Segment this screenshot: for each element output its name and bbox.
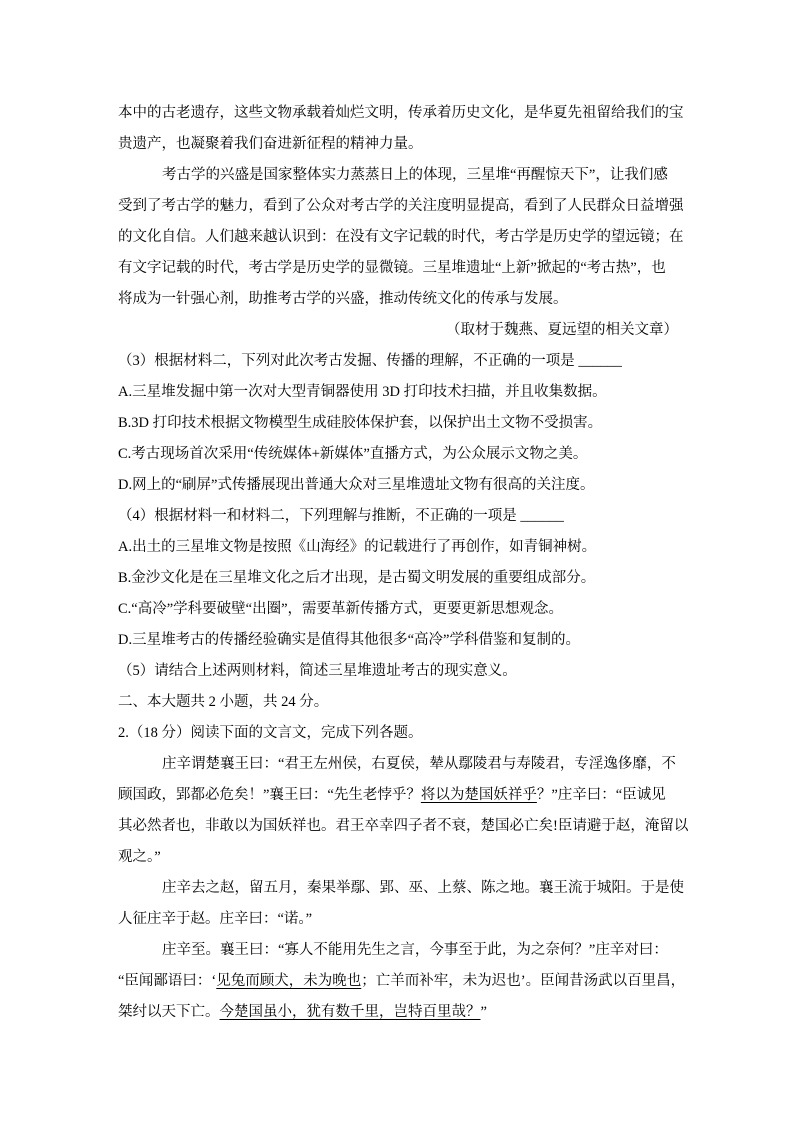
answer-blank: ______ xyxy=(520,508,564,524)
text-line: C.“高冷”学科要破壁“出圈”，需要革新传播方式，更要更新思想观念。 xyxy=(118,594,678,625)
answer-blank: ______ xyxy=(578,353,622,369)
text-segment: B.金沙文化是在三星堆文化之后才出现，是古蜀文明发展的重要组成部分。 xyxy=(118,570,595,586)
text-line: B.金沙文化是在三星堆文化之后才出现，是古蜀文明发展的重要组成部分。 xyxy=(118,563,678,594)
text-line: “臣闻鄙语曰：‘见兔而顾犬，未为晚也；亡羊而补牢，未为迟也’。臣闻昔汤武以百里昌… xyxy=(118,966,678,997)
text-line: C.考古现场首次采用“传统媒体+新媒体”直播方式，为公众展示文物之美。 xyxy=(118,439,678,470)
text-line: （5）请结合上述两则材料，简述三星堆遗址考古的现实意义。 xyxy=(118,656,678,687)
text-segment: 人征庄辛于赵。庄辛曰：“诺。” xyxy=(118,911,312,927)
text-segment: 其必然者也，非敢以为国妖祥也。君王卒幸四子者不衰，楚国必亡矣!臣请避于赵，淹留以 xyxy=(118,818,688,834)
text-line: 有文字记载的时代，考古学是历史学的显微镜。三星堆遗址“上新”掀起的“考古热”，也 xyxy=(118,253,678,284)
text-segment: A.出土的三星堆文物是按照《山海经》的记载进行了再创作，如青铜神树。 xyxy=(118,539,596,555)
text-segment: 庄辛去之赵，留五月，秦果举鄢、郢、巫、上蔡、陈之地。襄王流于城阳。于是使 xyxy=(162,880,684,896)
text-line: 的文化自信。人们越来越认识到：在没有文字记载的时代，考古学是历史学的望远镜；在 xyxy=(118,222,678,253)
text-line: 庄辛谓楚襄王曰：“君王左州侯，右夏侯，辇从鄢陵君与寿陵君，专淫逸侈靡，不 xyxy=(118,749,678,780)
text-line: A.出土的三星堆文物是按照《山海经》的记载进行了再创作，如青铜神树。 xyxy=(118,532,678,563)
text-segment: ；亡羊而补牢，未为迟也’。臣闻昔汤武以百里昌， xyxy=(361,973,685,989)
text-segment: 本中的古老遗存，这些文物承载着灿烂文明，传承着历史文化，是华夏先祖留给我们的宝 xyxy=(118,105,684,121)
text-line: （取材于魏燕、夏远望的相关文章） xyxy=(118,315,678,346)
exam-document-page: 本中的古老遗存，这些文物承载着灿烂文明，传承着历史文化，是华夏先祖留给我们的宝贵… xyxy=(0,0,794,1123)
text-segment: 观之。” xyxy=(118,849,161,865)
underlined-text-segment: 见兔而顾犬，未为晚也 xyxy=(216,973,361,989)
text-line: 受到了考古学的魅力，看到了公众对考古学的关注度明显提高，看到了人民群众日益增强 xyxy=(118,191,678,222)
text-segment: 庄辛至。襄王曰：“寡人不能用先生之言，今事至于此，为之奈何？”庄辛对曰： xyxy=(162,942,668,958)
text-segment: 考古学的兴盛是国家整体实力蒸蒸日上的体现，三星堆“再醒惊天下”，让我们感 xyxy=(162,167,668,183)
text-line: 考古学的兴盛是国家整体实力蒸蒸日上的体现，三星堆“再醒惊天下”，让我们感 xyxy=(118,160,678,191)
text-segment: 的文化自信。人们越来越认识到：在没有文字记载的时代，考古学是历史学的望远镜；在 xyxy=(118,229,684,245)
text-line: （4）根据材料一和材料二，下列理解与推断，不正确的一项是 ______ xyxy=(118,501,678,532)
text-line: 2.（18 分）阅读下面的文言文，完成下列各题。 xyxy=(118,718,678,749)
text-line: D.网上的“刷屏”式传播展现出普通大众对三星堆遗址文物有很高的关注度。 xyxy=(118,470,678,501)
text-line: 观之。” xyxy=(118,842,678,873)
text-segment: （取材于魏燕、夏远望的相关文章） xyxy=(446,322,678,338)
text-segment: 顾国政，郢都必危矣！”襄王曰：“先生老悖乎？ xyxy=(118,787,421,803)
text-segment: （5）请结合上述两则材料，简述三星堆遗址考古的现实意义。 xyxy=(118,663,517,679)
underlined-text-segment: 今楚国虽小，犹有数千里，岂特百里哉？ xyxy=(220,1004,481,1020)
text-line: 贵遗产，也凝聚着我们奋进新征程的精神力量。 xyxy=(118,129,678,160)
text-line: （3）根据材料二，下列对此次考古发掘、传播的理解，不正确的一项是 ______ xyxy=(118,346,678,377)
document-text-block: 本中的古老遗存，这些文物承载着灿烂文明，传承着历史文化，是华夏先祖留给我们的宝贵… xyxy=(118,98,678,1028)
text-line: 本中的古老遗存，这些文物承载着灿烂文明，传承着历史文化，是华夏先祖留给我们的宝 xyxy=(118,98,678,129)
text-segment: 将成为一针强心剂，助推考古学的兴盛，推动传统文化的传承与发展。 xyxy=(118,291,568,307)
text-segment: 受到了考古学的魅力，看到了公众对考古学的关注度明显提高，看到了人民群众日益增强 xyxy=(118,198,684,214)
text-line: B.3D 打印技术根据文物模型生成硅胶体保护套，以保护出土文物不受损害。 xyxy=(118,408,678,439)
underlined-text-segment: 将以为楚国妖祥乎 xyxy=(421,787,537,803)
text-segment: 贵遗产，也凝聚着我们奋进新征程的精神力量。 xyxy=(118,136,423,152)
text-line: 庄辛去之赵，留五月，秦果举鄢、郢、巫、上蔡、陈之地。襄王流于城阳。于是使 xyxy=(118,873,678,904)
text-segment: ” xyxy=(481,1004,487,1020)
text-line: 桀纣以天下亡。今楚国虽小，犹有数千里，岂特百里哉？” xyxy=(118,997,678,1028)
text-segment: A.三星堆发掘中第一次对大型青铜器使用 3D 打印技术扫描，并且收集数据。 xyxy=(118,384,607,400)
text-segment: （4）根据材料一和材料二，下列理解与推断，不正确的一项是 xyxy=(118,508,520,524)
text-line: A.三星堆发掘中第一次对大型青铜器使用 3D 打印技术扫描，并且收集数据。 xyxy=(118,377,678,408)
text-segment: 2.（18 分）阅读下面的文言文，完成下列各题。 xyxy=(118,725,423,741)
text-segment: C.“高冷”学科要破壁“出圈”，需要革新传播方式，更要更新思想观念。 xyxy=(118,601,563,617)
text-line: 其必然者也，非敢以为国妖祥也。君王卒幸四子者不衰，楚国必亡矣!臣请避于赵，淹留以 xyxy=(118,811,678,842)
text-segment: B.3D 打印技术根据文物模型生成硅胶体保护套，以保护出土文物不受损害。 xyxy=(118,415,602,431)
text-line: 庄辛至。襄王曰：“寡人不能用先生之言，今事至于此，为之奈何？”庄辛对曰： xyxy=(118,935,678,966)
text-line: 顾国政，郢都必危矣！”襄王曰：“先生老悖乎？将以为楚国妖祥乎？”庄辛曰：“臣诚见 xyxy=(118,780,678,811)
text-line: 将成为一针强心剂，助推考古学的兴盛，推动传统文化的传承与发展。 xyxy=(118,284,678,315)
text-segment: ？”庄辛曰：“臣诚见 xyxy=(537,787,666,803)
text-segment: D.网上的“刷屏”式传播展现出普通大众对三星堆遗址文物有很高的关注度。 xyxy=(118,477,594,493)
text-segment: 桀纣以天下亡。 xyxy=(118,1004,220,1020)
text-line: D.三星堆考古的传播经验确实是值得其他很多“高冷”学科借鉴和复制的。 xyxy=(118,625,678,656)
text-segment: 有文字记载的时代，考古学是历史学的显微镜。三星堆遗址“上新”掀起的“考古热”，也 xyxy=(118,260,666,276)
text-segment: 二、本大题共 2 小题，共 24 分。 xyxy=(118,694,328,710)
text-segment: C.考古现场首次采用“传统媒体+新媒体”直播方式，为公众展示文物之美。 xyxy=(118,446,587,462)
text-line: 人征庄辛于赵。庄辛曰：“诺。” xyxy=(118,904,678,935)
text-segment: （3）根据材料二，下列对此次考古发掘、传播的理解，不正确的一项是 xyxy=(118,353,578,369)
text-segment: 庄辛谓楚襄王曰：“君王左州侯，右夏侯，辇从鄢陵君与寿陵君，专淫逸侈靡，不 xyxy=(162,756,676,772)
text-segment: “臣闻鄙语曰：‘ xyxy=(118,973,216,989)
text-segment: D.三星堆考古的传播经验确实是值得其他很多“高冷”学科借鉴和复制的。 xyxy=(118,632,580,648)
text-line: 二、本大题共 2 小题，共 24 分。 xyxy=(118,687,678,718)
